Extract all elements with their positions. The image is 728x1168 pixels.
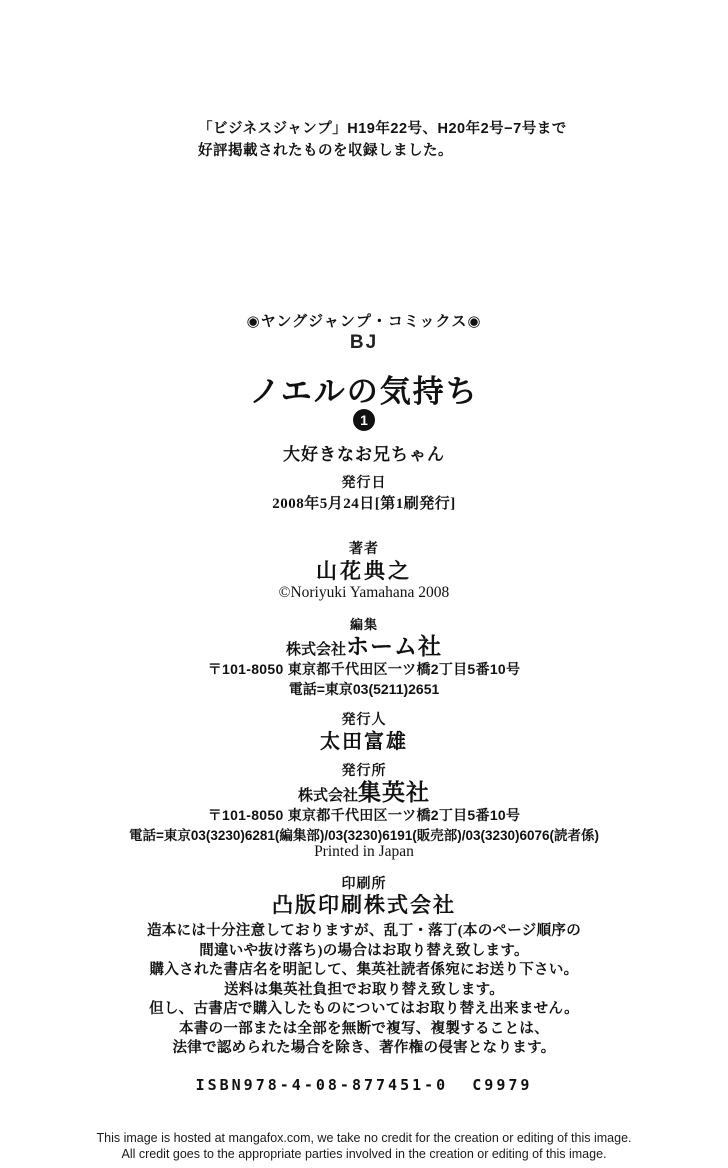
- book-subtitle: 大好きなお兄ちゃん: [0, 440, 728, 465]
- hosting-disclaimer-line1: This image is hosted at mangafox.com, we…: [0, 1130, 728, 1146]
- isbn-code: ISBN978-4-08-877451-0 C9979: [0, 1076, 728, 1094]
- notice-line: 送料は集英社負担でお取り替え致します。: [0, 981, 728, 1001]
- copyright-notice: ©Noriyuki Yamahana 2008: [0, 584, 728, 602]
- publisher-address: 〒101-8050 東京都千代田区一ツ橋2丁目5番10号: [0, 805, 728, 825]
- volume-badge: 1: [0, 409, 728, 431]
- notice-line: 法律で認められた場合を除き、著作権の侵害となります。: [0, 1039, 728, 1059]
- issue-date-label: 発行日: [0, 472, 728, 492]
- notice-line: 但し、古書店で購入したものについてはお取り替え出来ません。: [0, 1000, 728, 1020]
- printed-in-japan: Printed in Japan: [0, 843, 728, 861]
- serialization-note-line1: 「ビジネスジャンプ」H19年22号、H20年2号−7号まで: [198, 118, 588, 140]
- editor-company-prefix: 株式会社: [286, 641, 346, 658]
- editor-company-name: ホーム社: [346, 633, 442, 659]
- notice-line: 造本には十分注意しておりますが、乱丁・落丁(本のページ順序の: [0, 922, 728, 942]
- serialization-note: 「ビジネスジャンプ」H19年22号、H20年2号−7号まで 好評掲載されたものを…: [198, 118, 588, 162]
- publisher-company-name: 集英社: [358, 779, 430, 805]
- editor-phone: 電話=東京03(5211)2651: [0, 679, 728, 699]
- issuer-name: 太田富雄: [0, 725, 728, 754]
- issue-date: 2008年5月24日[第1刷発行]: [0, 492, 728, 513]
- notice-line: 間違いや抜け落ち)の場合はお取り替え致します。: [0, 942, 728, 962]
- notice-line: 購入された書店名を明記して、集英社読者係宛にお送り下さい。: [0, 961, 728, 981]
- series-label: ◉ヤングジャンプ・コミックス◉: [0, 310, 728, 331]
- hosting-disclaimer: This image is hosted at mangafox.com, we…: [0, 1130, 728, 1162]
- editor-address: 〒101-8050 東京都千代田区一ツ橋2丁目5番10号: [0, 659, 728, 679]
- imprint-code: BJ: [0, 332, 728, 354]
- editor-company: 株式会社ホーム社: [0, 628, 728, 661]
- publisher-company-prefix: 株式会社: [298, 787, 358, 804]
- publisher-phone: 電話=東京03(3230)6281(編集部)/03(3230)6191(販売部)…: [0, 824, 728, 844]
- publisher-company: 株式会社集英社: [0, 774, 728, 807]
- serialization-note-line2: 好評掲載されたものを収録しました。: [198, 140, 588, 162]
- hosting-disclaimer-line2: All credit goes to the appropriate parti…: [0, 1146, 728, 1162]
- volume-number: 1: [353, 409, 375, 431]
- notice-line: 本書の一部または全部を無断で複写、複製することは、: [0, 1020, 728, 1040]
- printer-name: 凸版印刷株式会社: [0, 889, 728, 919]
- book-title: ノエルの気持ち: [0, 366, 728, 411]
- manga-colophon-page: 「ビジネスジャンプ」H19年22号、H20年2号−7号まで 好評掲載されたものを…: [0, 0, 728, 1168]
- author-name: 山花典之: [0, 555, 728, 585]
- return-policy-notice: 造本には十分注意しておりますが、乱丁・落丁(本のページ順序の 間違いや抜け落ち)…: [0, 922, 728, 1059]
